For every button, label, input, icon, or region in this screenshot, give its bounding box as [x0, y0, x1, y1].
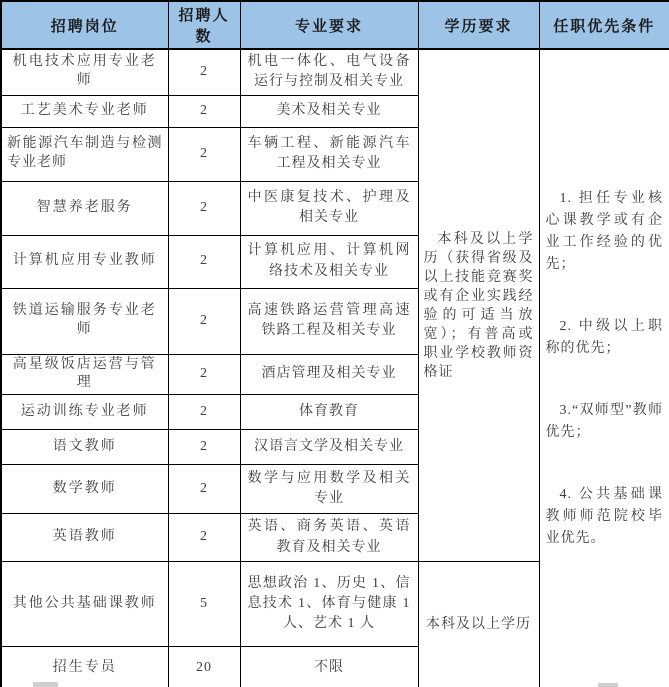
bottom-right-fragment — [598, 683, 618, 687]
major-cell: 思想政治 1、历史 1、信息技术 1、体育与健康 1 人、艺术 1 人 — [240, 562, 418, 647]
major-cell: 数学与应用数学及相关专业 — [240, 465, 418, 514]
table-row: 机电技术应用专业老师2机电一体化、电气设备运行与控制及相关专业本科及以上学历（获… — [1, 49, 669, 95]
position-cell: 机电技术应用专业老师 — [1, 49, 168, 95]
count-cell: 2 — [168, 354, 240, 395]
education-requirement-cell: 本科及以上学历（获得省级及以上技能竞赛奖或有企业实践经验的可适当放宽）；有普高或… — [418, 49, 539, 562]
count-cell: 20 — [168, 647, 240, 687]
major-cell: 英语、商务英语、英语教育及相关专业 — [240, 514, 418, 562]
position-cell: 高星级饭店运营与管理 — [1, 354, 168, 395]
position-cell: 铁道运输服务专业老师 — [1, 288, 168, 354]
position-cell: 语文教师 — [1, 430, 168, 465]
major-cell: 不限 — [240, 647, 418, 687]
priority-item: 4. 公共基础课教师师范院校毕业优先。 — [546, 484, 664, 550]
bottom-left-fragment — [33, 682, 58, 687]
header-priority: 任职优先条件 — [539, 1, 669, 49]
priority-item: 1. 担任专业核心课教学或有企业工作经验的优先； — [546, 188, 664, 276]
position-cell: 其他公共基础课教师 — [1, 562, 168, 647]
major-cell: 车辆工程、新能源汽车工程及相关专业 — [240, 127, 418, 181]
major-cell: 机电一体化、电气设备运行与控制及相关专业 — [240, 49, 418, 95]
header-count: 招聘人数 — [168, 1, 240, 49]
position-cell: 智慧养老服务 — [1, 181, 168, 235]
priority-item: 3.“双师型”教师优先； — [546, 400, 664, 444]
position-cell: 数学教师 — [1, 465, 168, 514]
header-row: 招聘岗位 招聘人数 专业要求 学历要求 任职优先条件 — [1, 1, 669, 49]
position-cell: 英语教师 — [1, 514, 168, 562]
count-cell: 2 — [168, 95, 240, 127]
table-body: 机电技术应用专业老师2机电一体化、电气设备运行与控制及相关专业本科及以上学历（获… — [1, 49, 669, 687]
count-cell: 2 — [168, 49, 240, 95]
major-cell: 体育教育 — [240, 395, 418, 430]
count-cell: 2 — [168, 127, 240, 181]
count-cell: 2 — [168, 465, 240, 514]
position-cell: 招生专员 — [1, 647, 168, 687]
count-cell: 2 — [168, 395, 240, 430]
count-cell: 2 — [168, 514, 240, 562]
recruitment-table-page: 招聘岗位 招聘人数 专业要求 学历要求 任职优先条件 机电技术应用专业老师2机电… — [0, 0, 669, 687]
position-cell: 计算机应用专业教师 — [1, 235, 168, 288]
position-cell: 运动训练专业老师 — [1, 395, 168, 430]
header-major: 专业要求 — [240, 1, 418, 49]
major-cell: 计算机应用、计算机网络技术及相关专业 — [240, 235, 418, 288]
count-cell: 2 — [168, 288, 240, 354]
count-cell: 2 — [168, 430, 240, 465]
count-cell: 2 — [168, 181, 240, 235]
major-cell: 酒店管理及相关专业 — [240, 354, 418, 395]
major-cell: 高速铁路运营管理高速铁路工程及相关专业 — [240, 288, 418, 354]
education-requirement-bottom-cell: 本科及以上学历 — [418, 562, 539, 687]
count-cell: 5 — [168, 562, 240, 647]
position-cell: 新能源汽车制造与检测专业老师 — [1, 127, 168, 181]
header-position: 招聘岗位 — [1, 1, 168, 49]
major-cell: 汉语言文学及相关专业 — [240, 430, 418, 465]
major-cell: 美术及相关专业 — [240, 95, 418, 127]
recruitment-table: 招聘岗位 招聘人数 专业要求 学历要求 任职优先条件 机电技术应用专业老师2机电… — [0, 0, 669, 687]
education-requirement-text: 本科及以上学历（获得省级及以上技能竞赛奖或有企业实践经验的可适当放宽）；有普高或… — [424, 230, 534, 382]
priority-item: 2. 中级以上职称的优先； — [546, 316, 664, 360]
position-cell: 工艺美术专业老师 — [1, 95, 168, 127]
priority-conditions-cell: 1. 担任专业核心课教学或有企业工作经验的优先；2. 中级以上职称的优先；3.“… — [539, 49, 669, 687]
major-cell: 中医康复技术、护理及相关专业 — [240, 181, 418, 235]
header-education: 学历要求 — [418, 1, 539, 49]
count-cell: 2 — [168, 235, 240, 288]
